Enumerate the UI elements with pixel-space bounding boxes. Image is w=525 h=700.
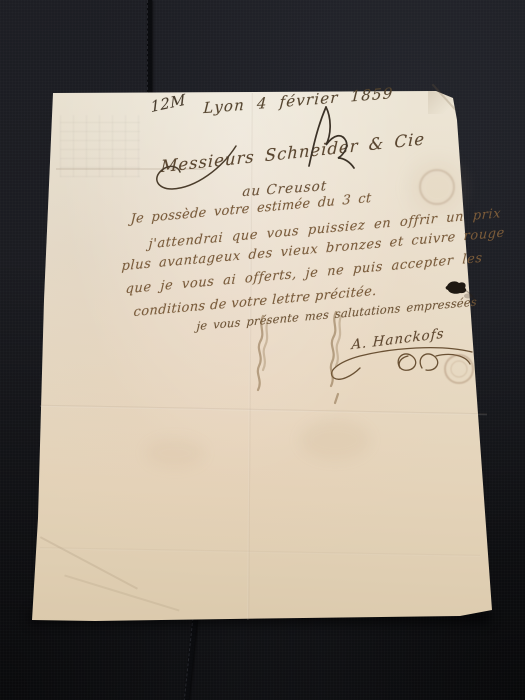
photo-of-letter: 12M Lyon 4 février 1859 Messieurs Schnei… xyxy=(0,0,525,700)
fabric-seam xyxy=(147,0,152,95)
embossed-letterhead-ghost xyxy=(60,115,140,177)
paper-stain xyxy=(410,160,465,215)
paper-stain xyxy=(300,420,370,460)
paper-stain xyxy=(145,438,205,468)
